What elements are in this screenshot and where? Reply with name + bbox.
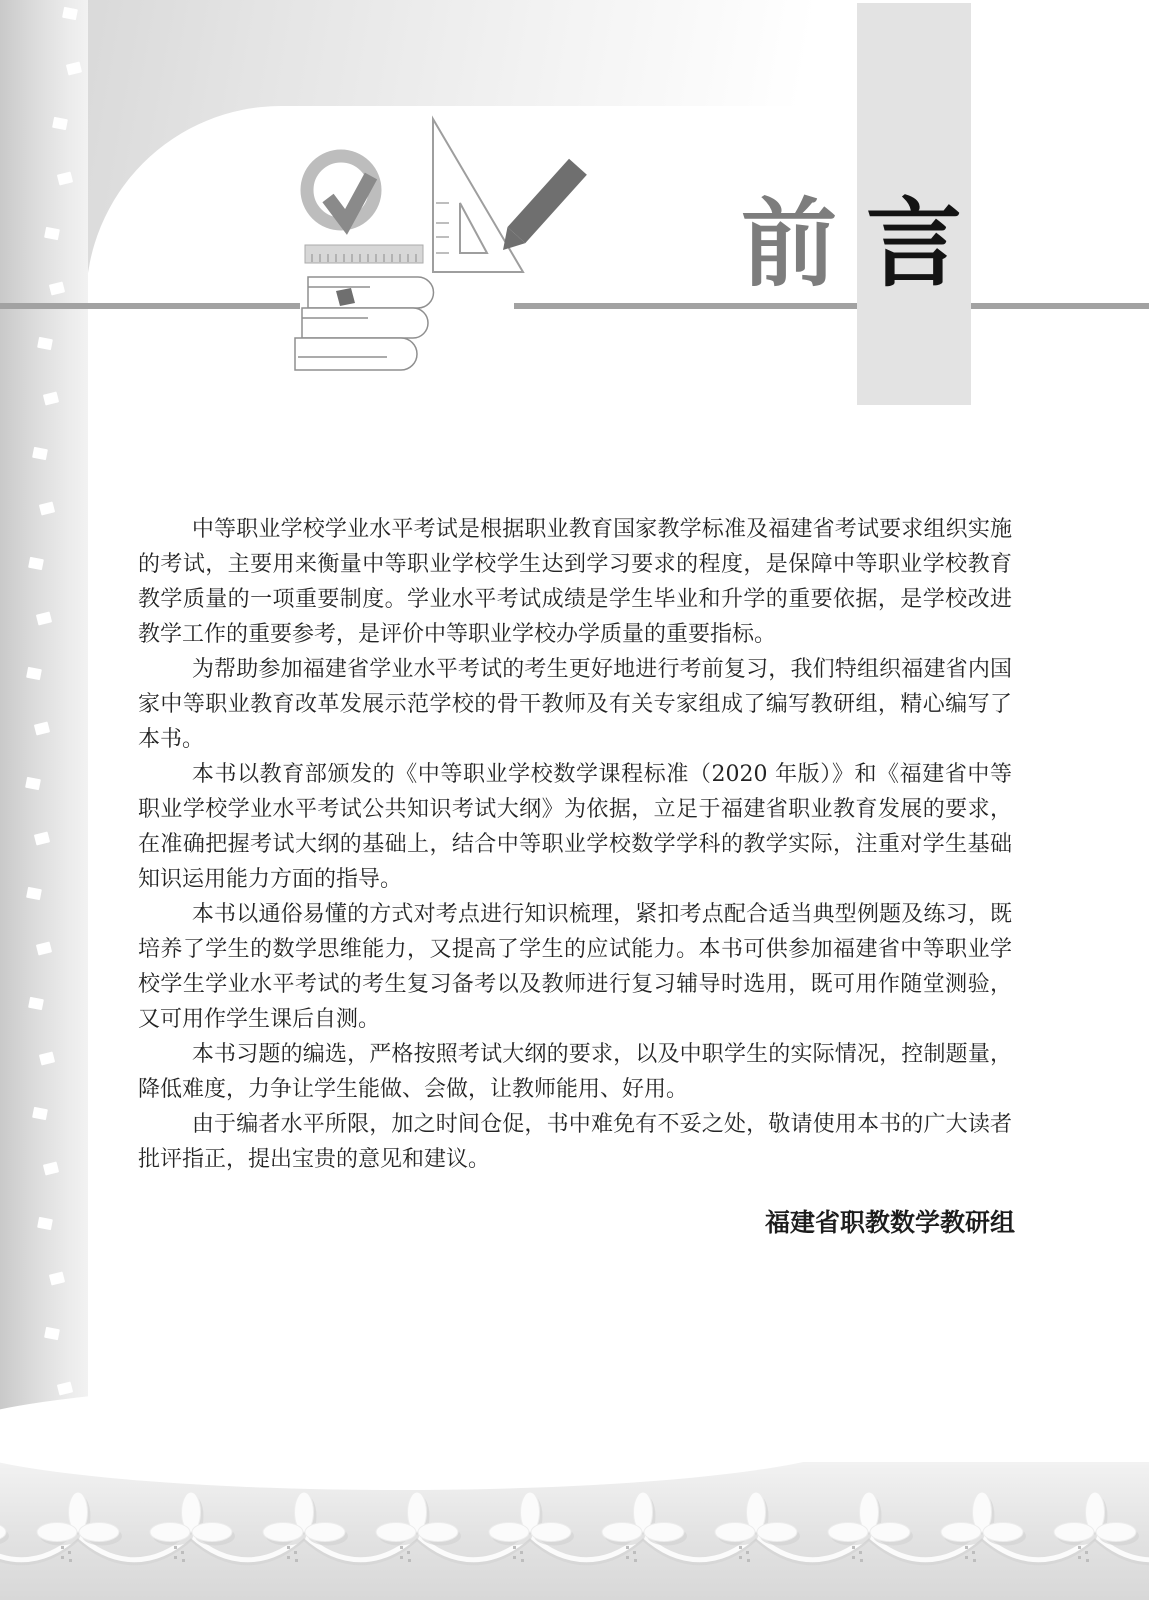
dotted-square [37, 337, 53, 350]
dotted-square [62, 7, 78, 20]
preface-body: 中等职业学校学业水平考试是根据职业教育国家教学标准及福建省考试要求组织实施的考试… [138, 512, 1012, 1177]
preface-page: 前 言 [0, 0, 1149, 1600]
preface-paragraph: 本书以教育部颁发的《中等职业学校数学课程标准（2020 年版）》和《福建省中等职… [138, 757, 1012, 897]
signature-line: 福建省职教数学教研组 [138, 1203, 1015, 1239]
pencil-icon [494, 159, 587, 258]
dotted-square [28, 997, 44, 1010]
title-char-yan: 言 [866, 196, 962, 292]
preface-paragraph: 由于编者水平所限，加之时间仓促，书中难免有不妥之处，敬请使用本书的广大读者批评指… [138, 1107, 1012, 1177]
preface-paragraph: 为帮助参加福建省学业水平考试的考生更好地进行考前复习，我们特组织福建省内国家中等… [138, 652, 1012, 757]
books-icon [295, 277, 434, 370]
dotted-square [37, 1217, 53, 1230]
ruler-icon [305, 245, 423, 263]
dotted-square [52, 117, 68, 130]
dotted-square [25, 777, 41, 790]
title-char-qian: 前 [741, 196, 837, 292]
set-square-icon [433, 119, 523, 272]
checkmark-circle-icon [307, 156, 375, 224]
header-rule-left [0, 303, 300, 309]
flower-border [0, 1488, 1149, 1600]
preface-paragraph: 本书以通俗易懂的方式对考点进行知识梳理，紧扣考点配合适当典型例题及练习，既培养了… [138, 897, 1012, 1037]
dotted-square [28, 557, 44, 570]
stationery-illustration [270, 103, 592, 383]
preface-paragraph: 中等职业学校学业水平考试是根据职业教育国家教学标准及福建省考试要求组织实施的考试… [138, 512, 1012, 652]
header-rule-right [971, 303, 1149, 309]
preface-paragraph: 本书习题的编选，严格按照考试大纲的要求，以及中职学生的实际情况，控制题量，降低难… [138, 1037, 1012, 1107]
dotted-square [44, 227, 60, 240]
left-edge-strip [0, 0, 88, 1600]
